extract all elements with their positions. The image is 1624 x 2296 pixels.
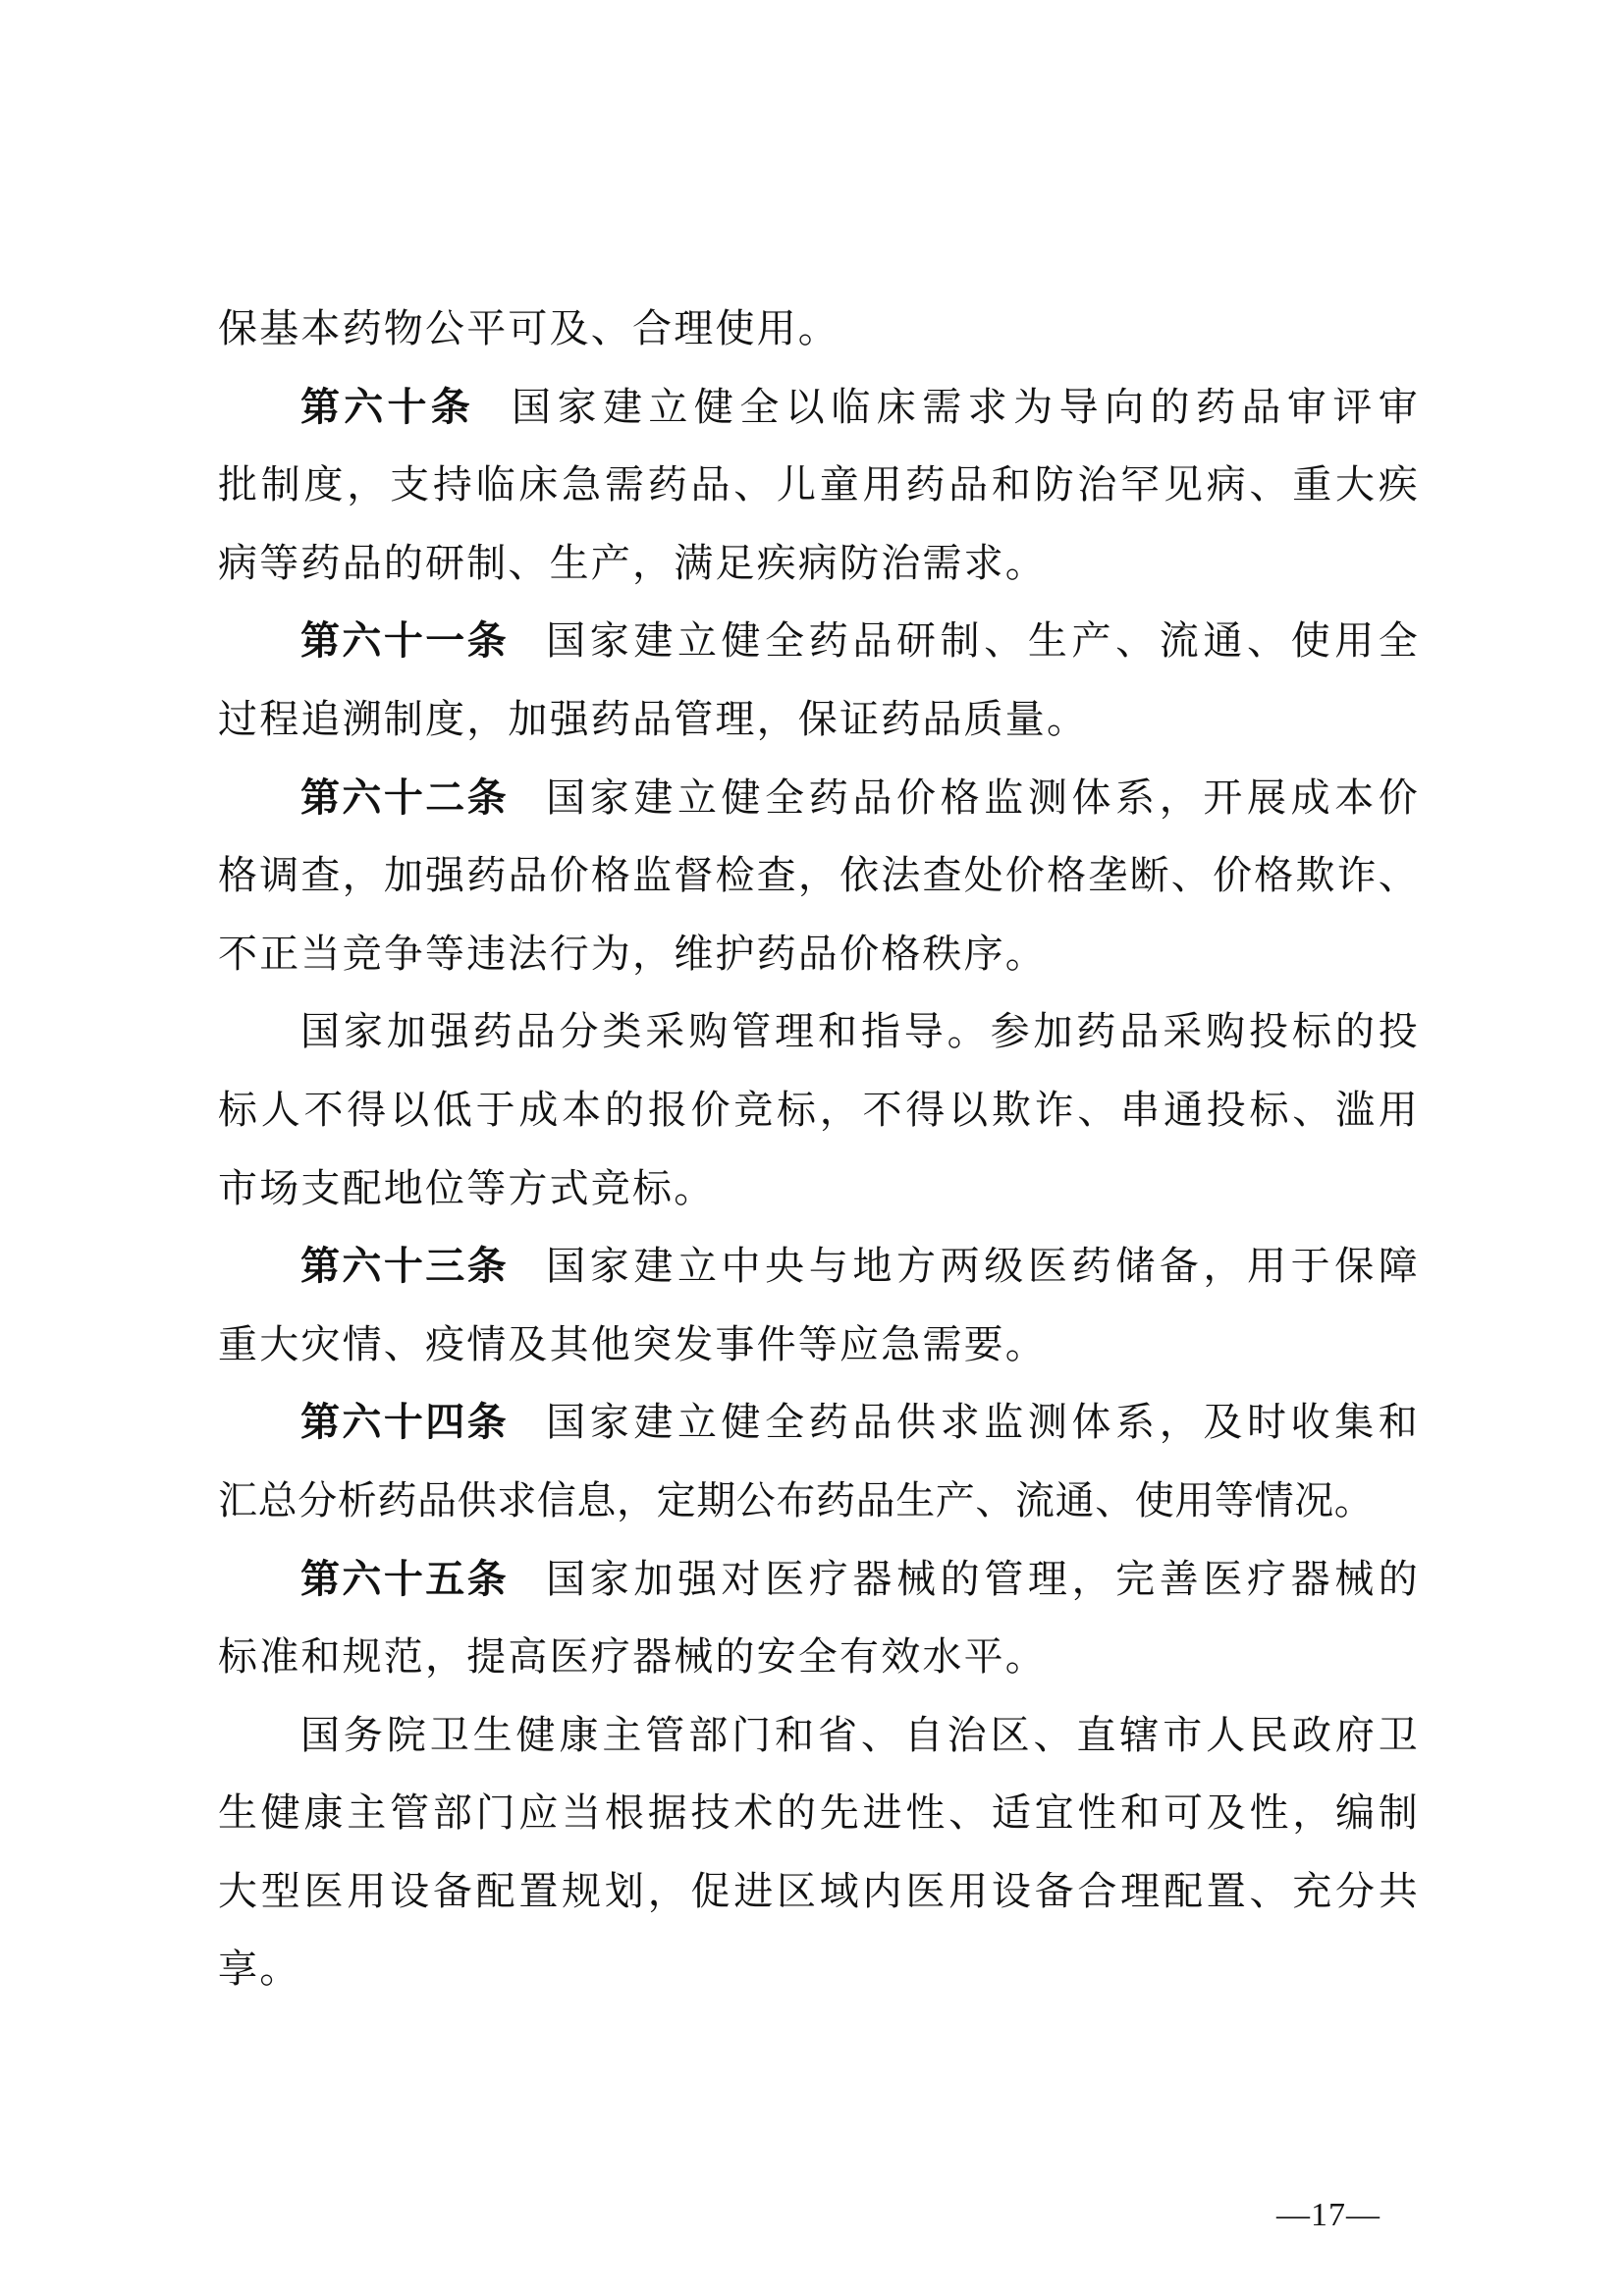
paragraph-line: 批制度，支持临床急需药品、儿童用药品和防治罕见病、重大疾 <box>218 447 1420 525</box>
paragraph-line: 保基本药物公平可及、合理使用。 <box>218 291 1420 369</box>
paragraph-line: 病等药品的研制、生产，满足疾病防治需求。 <box>218 525 1420 604</box>
article-text: 国家建立健全药品供求监测体系，及时收集和 <box>546 1400 1420 1445</box>
article-text: 国家建立健全药品价格监测体系，开展成本价 <box>546 775 1420 821</box>
article-first-line: 第六十二条国家建立健全药品价格监测体系，开展成本价 <box>218 760 1420 838</box>
article-first-line: 第六十三条国家建立中央与地方两级医药储备，用于保障 <box>218 1228 1420 1307</box>
document-body: 保基本药物公平可及、合理使用。 第六十条国家建立健全以临床需求为导向的药品审评审… <box>218 291 1420 2009</box>
article-text: 国家建立中央与地方两级医药储备，用于保障 <box>546 1244 1420 1289</box>
article-text: 国家建立健全以临床需求为导向的药品审评审 <box>512 385 1420 430</box>
paragraph-line: 生健康主管部门应当根据技术的先进性、适宜性和可及性，编制 <box>218 1775 1420 1853</box>
article-number: 第六十条 <box>300 385 474 430</box>
article-first-line: 第六十条国家建立健全以临床需求为导向的药品审评审 <box>218 369 1420 448</box>
article-number: 第六十一条 <box>300 618 509 664</box>
article-number: 第六十五条 <box>300 1557 509 1602</box>
article-number: 第六十二条 <box>300 775 509 821</box>
paragraph-line: 大型医用设备配置规划，促进区域内医用设备合理配置、充分共 <box>218 1853 1420 1932</box>
paragraph-line: 市场支配地位等方式竞标。 <box>218 1150 1420 1229</box>
paragraph-line: 享。 <box>218 1931 1420 2009</box>
paragraph-line: 重大灾情、疫情及其他突发事件等应急需要。 <box>218 1307 1420 1385</box>
article-text: 国家加强对医疗器械的管理，完善医疗器械的 <box>546 1557 1420 1602</box>
article-number: 第六十四条 <box>300 1400 509 1445</box>
paragraph-first-line: 国家加强药品分类采购管理和指导。参加药品采购投标的投 <box>218 993 1420 1072</box>
paragraph-line: 格调查，加强药品价格监督检查，依法查处价格垄断、价格欺诈、 <box>218 837 1420 916</box>
page-number: —17— <box>1276 2197 1380 2234</box>
document-page: 保基本药物公平可及、合理使用。 第六十条国家建立健全以临床需求为导向的药品审评审… <box>0 0 1624 2296</box>
paragraph-first-line: 国务院卫生健康主管部门和省、自治区、直辖市人民政府卫 <box>218 1697 1420 1776</box>
article-number: 第六十三条 <box>300 1244 509 1289</box>
paragraph-line: 标人不得以低于成本的报价竞标，不得以欺诈、串通投标、滥用 <box>218 1072 1420 1150</box>
article-text: 国家建立健全药品研制、生产、流通、使用全 <box>546 618 1420 664</box>
paragraph-line: 标准和规范，提高医疗器械的安全有效水平。 <box>218 1619 1420 1697</box>
paragraph-line: 不正当竞争等违法行为，维护药品价格秩序。 <box>218 916 1420 994</box>
article-first-line: 第六十一条国家建立健全药品研制、生产、流通、使用全 <box>218 603 1420 681</box>
paragraph-line: 过程追溯制度，加强药品管理，保证药品质量。 <box>218 681 1420 760</box>
article-first-line: 第六十四条国家建立健全药品供求监测体系，及时收集和 <box>218 1384 1420 1463</box>
paragraph-line: 汇总分析药品供求信息，定期公布药品生产、流通、使用等情况。 <box>218 1463 1420 1541</box>
article-first-line: 第六十五条国家加强对医疗器械的管理，完善医疗器械的 <box>218 1541 1420 1620</box>
